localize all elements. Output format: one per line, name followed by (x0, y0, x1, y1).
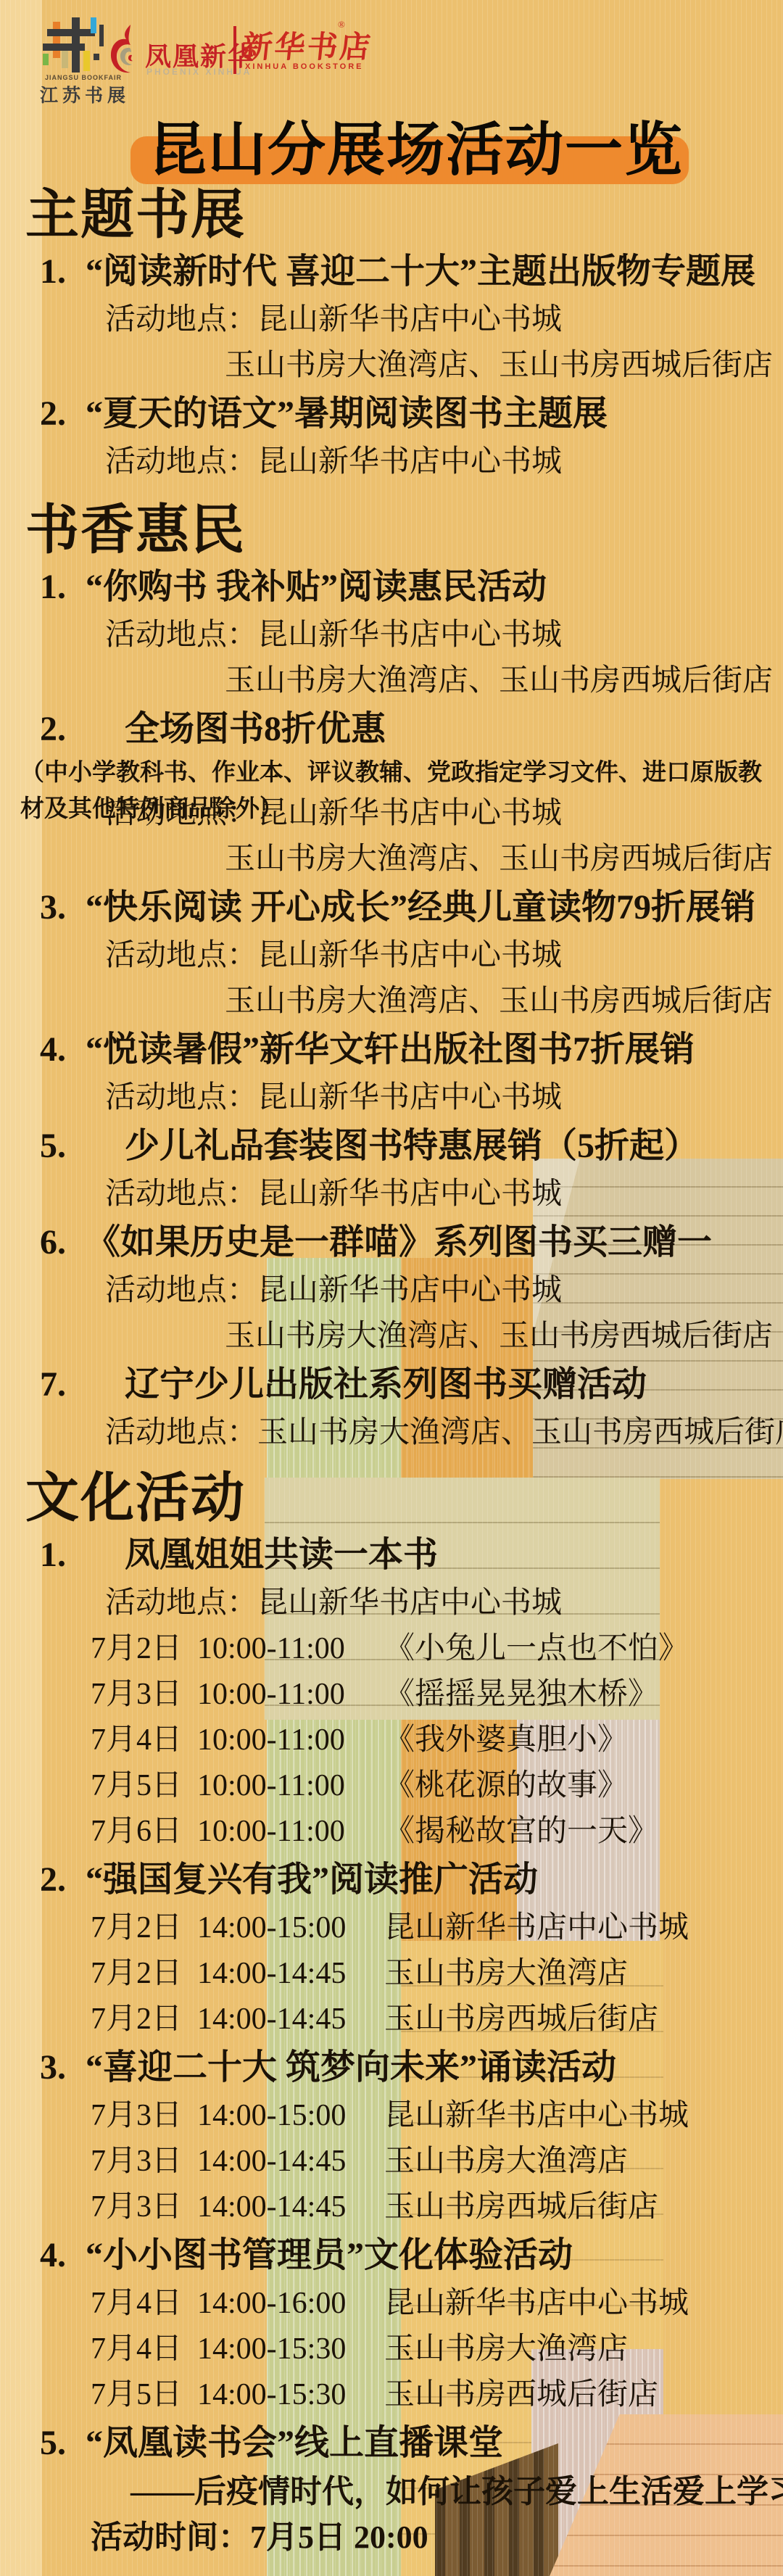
schedule-venue: 昆山新华书店中心书城 (384, 2281, 689, 2327)
event-number: 6. (40, 1217, 66, 1268)
schedule-date: 7月5日 (91, 1763, 182, 1809)
schedule-venue: 玉山书房大渔湾店 (384, 2327, 628, 2372)
section-cultural-activities: 文化活动 1. 凤凰姐姐共读一本书 活动地点：昆山新华书店中心书城 7月2日 1… (0, 1468, 783, 2560)
schedule-time: 10:00-11:00 (197, 1809, 345, 1855)
event-number: 2. (40, 1855, 66, 1905)
section-heading: 主题书展 (0, 185, 783, 247)
schedule-detail: 《揭秘故宫的一天》 (384, 1809, 658, 1855)
schedule-time: 10:00-11:00 (197, 1763, 345, 1809)
xinhua-label-en: XINHUA BOOKSTORE (245, 62, 364, 71)
location-line: 玉山书房大渔湾店、玉山书房西城后街店 (0, 343, 783, 389)
registered-mark: ® (338, 19, 345, 30)
event-title: “快乐阅读 开心成长”经典儿童读物79折展销 (0, 882, 755, 933)
schedule-time: 14:00-14:45 (197, 2184, 346, 2230)
poster-title: 昆山分展场活动一览 (149, 103, 684, 186)
location-line: 玉山书房大渔湾店、玉山书房西城后街店 (0, 1314, 783, 1359)
location-line: 活动地点：昆山新华书店中心书城 (0, 933, 783, 979)
location-line: 活动地点：昆山新华书店中心书城 (0, 1581, 783, 1626)
schedule-date: 7月2日 (91, 1951, 182, 1997)
schedule-detail: 《摇摇晃晃独木桥》 (384, 1672, 658, 1718)
schedule-row: 7月4日 10:00-11:00 《我外婆真胆小》 (0, 1718, 783, 1763)
event-time-line: 活动时间：7月5日 20:00 (0, 2514, 783, 2560)
jiangsu-bookfair-icon (43, 17, 109, 74)
location-line: 活动地点：玉山书房大渔湾店、玉山书房西城后街店 (0, 1410, 783, 1456)
event-poster: JIANGSU BOOKFAIR 江苏书展 凤凰新华 PHOENIX XINHU… (0, 0, 783, 2576)
schedule-date: 7月4日 (91, 2327, 182, 2372)
event-item: 5. “凤凰读书会”线上直播课堂 (0, 2418, 783, 2469)
schedule-time: 14:00-14:45 (197, 2139, 346, 2184)
event-subtitle: ——后疫情时代，如何让孩子爱上生活爱上学习 (0, 2469, 783, 2514)
schedule-time: 14:00-14:45 (197, 1997, 346, 2042)
schedule-row: 7月3日 14:00-15:00 昆山新华书店中心书城 (0, 2093, 783, 2139)
event-title: “喜迎二十大 筑梦向未来”诵读活动 (0, 2042, 616, 2093)
event-title: 少儿礼品套装图书特惠展销（5折起） (0, 1121, 699, 1172)
schedule-venue: 玉山书房西城后街店 (384, 2184, 658, 2230)
schedule-row: 7月2日 14:00-14:45 玉山书房大渔湾店 (0, 1951, 783, 1997)
location-line: 活动地点：昆山新华书店中心书城 (0, 1268, 783, 1314)
schedule-row: 7月6日 10:00-11:00 《揭秘故宫的一天》 (0, 1809, 783, 1855)
event-number: 3. (40, 2042, 66, 2093)
schedule-date: 7月5日 (91, 2372, 182, 2418)
schedule-time: 14:00-14:45 (197, 1951, 346, 1997)
schedule-time: 14:00-15:30 (197, 2327, 346, 2372)
event-item: 1. “你购书 我补贴”阅读惠民活动 (0, 562, 783, 613)
section-book-benefits: 书香惠民 1. “你购书 我补贴”阅读惠民活动 活动地点：昆山新华书店中心书城 … (0, 500, 783, 1456)
event-number: 3. (40, 882, 66, 933)
schedule-venue: 昆山新华书店中心书城 (384, 1905, 689, 1951)
event-number: 1. (40, 562, 66, 613)
event-item: 5. 少儿礼品套装图书特惠展销（5折起） (0, 1121, 783, 1172)
schedule-detail: 《小兔儿一点也不怕》 (384, 1626, 689, 1672)
event-item: 1. “阅读新时代 喜迎二十大”主题出版物专题展 (0, 247, 783, 297)
event-title: “你购书 我补贴”阅读惠民活动 (0, 562, 547, 613)
event-item: 6. 《如果历史是一群喵》系列图书买三赠一 (0, 1217, 783, 1268)
schedule-venue: 玉山书房西城后街店 (384, 1997, 658, 2042)
event-number: 4. (40, 2230, 66, 2281)
event-title: 《如果历史是一群喵》系列图书买三赠一 (0, 1217, 712, 1268)
schedule-date: 7月4日 (91, 2281, 182, 2327)
event-title: “阅读新时代 喜迎二十大”主题出版物专题展 (0, 247, 755, 297)
event-item: 4. “小小图书管理员”文化体验活动 (0, 2230, 783, 2281)
schedule-venue: 昆山新华书店中心书城 (384, 2093, 689, 2139)
event-item: 4. “悦读暑假”新华文轩出版社图书7折展销 (0, 1024, 783, 1075)
schedule-row: 7月5日 14:00-15:30 玉山书房西城后街店 (0, 2372, 783, 2418)
location-line: 活动地点：昆山新华书店中心书城 (0, 791, 783, 837)
location-line: 玉山书房大渔湾店、玉山书房西城后街店 (0, 837, 783, 882)
schedule-time: 14:00-15:30 (197, 2372, 346, 2418)
schedule-time: 14:00-15:00 (197, 2093, 346, 2139)
event-item: 3. “快乐阅读 开心成长”经典儿童读物79折展销 (0, 882, 783, 933)
event-title: “强国复兴有我”阅读推广活动 (0, 1855, 538, 1905)
schedule-detail: 《桃花源的故事》 (384, 1763, 628, 1809)
schedule-date: 7月6日 (91, 1809, 182, 1855)
event-number: 2. (40, 389, 66, 439)
schedule-time: 14:00-16:00 (197, 2281, 346, 2327)
schedule-row: 7月5日 10:00-11:00 《桃花源的故事》 (0, 1763, 783, 1809)
schedule-row: 7月2日 14:00-15:00 昆山新华书店中心书城 (0, 1905, 783, 1951)
phoenix-swirl-icon (106, 23, 144, 78)
event-title: 辽宁少儿出版社系列图书买赠活动 (0, 1359, 647, 1410)
event-number: 1. (40, 247, 66, 297)
schedule-venue: 玉山书房大渔湾店 (384, 1951, 628, 1997)
event-title: “小小图书管理员”文化体验活动 (0, 2230, 573, 2281)
schedule-row: 7月3日 14:00-14:45 玉山书房西城后街店 (0, 2184, 783, 2230)
section-theme-exhibitions: 主题书展 1. “阅读新时代 喜迎二十大”主题出版物专题展 活动地点：昆山新华书… (0, 185, 783, 485)
event-title: “悦读暑假”新华文轩出版社图书7折展销 (0, 1024, 695, 1075)
schedule-date: 7月4日 (91, 1718, 182, 1763)
event-number: 7. (40, 1359, 66, 1410)
header: JIANGSU BOOKFAIR 江苏书展 凤凰新华 PHOENIX XINHU… (0, 0, 783, 109)
location-line: 玉山书房大渔湾店、玉山书房西城后街店 (0, 979, 783, 1024)
section-heading: 书香惠民 (0, 500, 783, 562)
event-number: 2. (40, 704, 66, 755)
logo-divider (233, 26, 236, 74)
schedule-row: 7月4日 14:00-15:30 玉山书房大渔湾店 (0, 2327, 783, 2372)
schedule-detail: 《我外婆真胆小》 (384, 1718, 628, 1763)
schedule-venue: 玉山书房大渔湾店 (384, 2139, 628, 2184)
schedule-date: 7月2日 (91, 1626, 182, 1672)
schedule-row: 7月3日 10:00-11:00 《摇摇晃晃独木桥》 (0, 1672, 783, 1718)
xinhua-bookstore-logo: 新华书店 ® XINHUA BOOKSTORE (242, 22, 402, 102)
event-item: 2. “夏天的语文”暑期阅读图书主题展 (0, 389, 783, 439)
schedule-row: 7月2日 14:00-14:45 玉山书房西城后街店 (0, 1997, 783, 2042)
schedule-time: 14:00-15:00 (197, 1905, 346, 1951)
event-item: 2. 全场图书8折优惠 (0, 704, 783, 755)
event-number: 5. (40, 2418, 66, 2469)
schedule-row: 7月2日 10:00-11:00 《小兔儿一点也不怕》 (0, 1626, 783, 1672)
schedule-time: 10:00-11:00 (197, 1718, 345, 1763)
event-item: 7. 辽宁少儿出版社系列图书买赠活动 (0, 1359, 783, 1410)
location-line: 活动地点：昆山新华书店中心书城 (0, 613, 783, 658)
event-number: 5. (40, 1121, 66, 1172)
schedule-date: 7月3日 (91, 2184, 182, 2230)
event-number: 1. (40, 1530, 66, 1581)
location-line: 玉山书房大渔湾店、玉山书房西城后街店 (0, 658, 783, 704)
section-heading: 文化活动 (0, 1468, 783, 1530)
location-line: 活动地点：昆山新华书店中心书城 (0, 1172, 783, 1217)
schedule-venue: 玉山书房西城后街店 (384, 2372, 658, 2418)
event-title: “夏天的语文”暑期阅读图书主题展 (0, 389, 608, 439)
schedule-time: 10:00-11:00 (197, 1626, 345, 1672)
schedule-date: 7月2日 (91, 1997, 182, 2042)
schedule-date: 7月2日 (91, 1905, 182, 1951)
event-number: 4. (40, 1024, 66, 1075)
schedule-date: 7月3日 (91, 2093, 182, 2139)
exclusion-note: （中小学教科书、作业本、评议教辅、党政指定学习文件、进口原版教材及其他特例商品除… (0, 755, 783, 791)
location-line: 活动地点：昆山新华书店中心书城 (0, 439, 783, 485)
schedule-date: 7月3日 (91, 2139, 182, 2184)
location-line: 活动地点：昆山新华书店中心书城 (0, 1075, 783, 1121)
xinhua-label-cn: 新华书店 (240, 23, 375, 67)
schedule-row: 7月3日 14:00-14:45 玉山书房大渔湾店 (0, 2139, 783, 2184)
schedule-row: 7月4日 14:00-16:00 昆山新华书店中心书城 (0, 2281, 783, 2327)
event-item: 1. 凤凰姐姐共读一本书 (0, 1530, 783, 1581)
schedule-date: 7月3日 (91, 1672, 182, 1718)
event-item: 3. “喜迎二十大 筑梦向未来”诵读活动 (0, 2042, 783, 2093)
location-line: 活动地点：昆山新华书店中心书城 (0, 297, 783, 343)
event-title: “凤凰读书会”线上直播课堂 (0, 2418, 503, 2469)
schedule-time: 10:00-11:00 (197, 1672, 345, 1718)
event-item: 2. “强国复兴有我”阅读推广活动 (0, 1855, 783, 1905)
